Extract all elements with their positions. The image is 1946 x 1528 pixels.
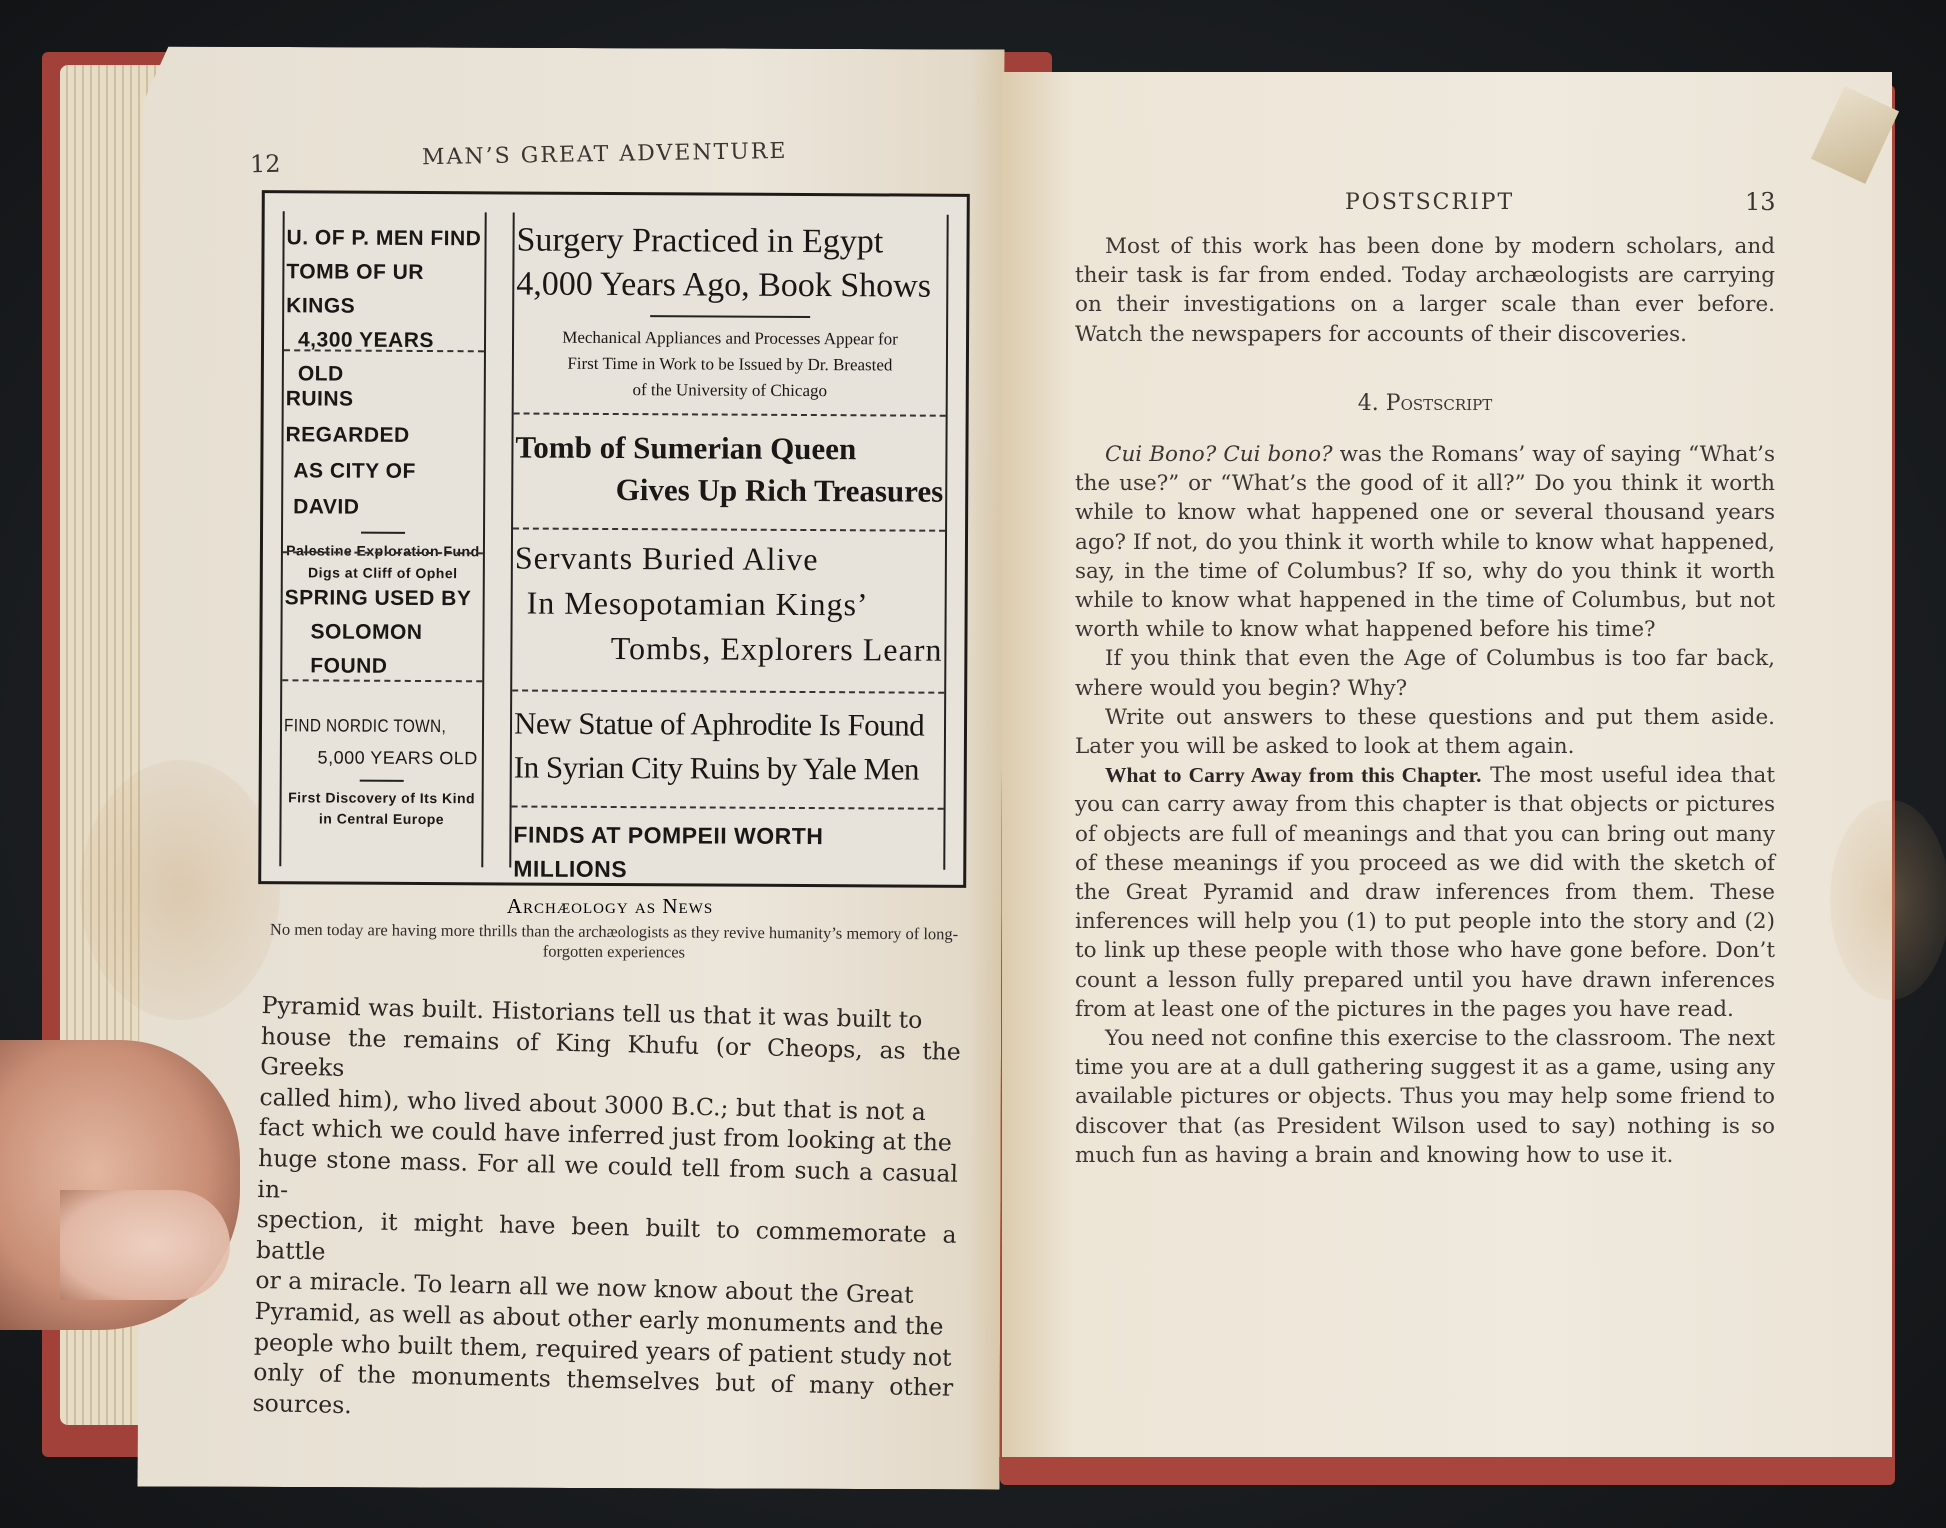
running-head-right: POSTSCRIPT	[1345, 190, 1514, 215]
water-stain	[1830, 800, 1946, 1000]
clipping-column-left: U. OF P. MEN FIND TOMB OF UR KINGS 4,300…	[279, 211, 486, 867]
page-number-left: 12	[250, 150, 281, 179]
section-heading: 4. Postscript	[1075, 389, 1775, 418]
rule-divider	[650, 315, 810, 318]
clipping-headline: Tomb of Sumerian Queen Gives Up Rich Tre…	[513, 412, 946, 529]
right-page-body-text: Most of this work has been done by moder…	[1075, 232, 1775, 1170]
thumbnail	[60, 1190, 230, 1300]
paragraph: You need not confine this exercise to th…	[1075, 1024, 1775, 1170]
paragraph: Write out answers to these questions and…	[1075, 703, 1775, 761]
intro-paragraph: Most of this work has been done by moder…	[1075, 232, 1775, 349]
page-number-right: 13	[1745, 188, 1776, 216]
clipping-headline: RUINS REGARDED AS CITY OF DAVID Palestin…	[283, 349, 484, 552]
paragraph: What to Carry Away from this Chapter. Th…	[1075, 761, 1775, 1024]
clipping-headline: FINDS AT POMPEII WORTH MILLIONS	[511, 805, 943, 865]
clipping-headline: Servants Buried Alive In Mesopotamian Ki…	[512, 527, 945, 691]
clipping-headline: Surgery Practiced in Egypt 4,000 Years A…	[514, 212, 947, 414]
water-stain	[80, 760, 280, 1020]
ornament-divider	[360, 780, 404, 782]
ornament-divider	[361, 532, 405, 534]
clipping-headline: SPRING USED BY SOLOMON FOUND	[282, 551, 483, 680]
paragraph: Cui Bono? Cui bono? was the Romans’ way …	[1075, 440, 1775, 644]
clipping-headline: FIND NORDIC TOWN, 5,000 YEARS OLD First …	[281, 679, 482, 865]
paragraph: If you think that even the Age of Columb…	[1075, 644, 1775, 702]
clipping-headline: U. OF P. MEN FIND TOMB OF UR KINGS 4,300…	[284, 211, 485, 350]
clipping-column-right: Surgery Practiced in Egypt 4,000 Years A…	[509, 212, 948, 869]
left-page-body-text: Pyramid was built. Historians tell us th…	[252, 990, 962, 1434]
newspaper-clipping-collage: U. OF P. MEN FIND TOMB OF UR KINGS 4,300…	[258, 190, 970, 888]
clipping-headline: New Statue of Aphrodite Is Found In Syri…	[512, 689, 945, 807]
figure-caption-title: Archæology as News	[260, 894, 960, 919]
figure-caption-body: No men today are having more thrills tha…	[258, 920, 970, 965]
